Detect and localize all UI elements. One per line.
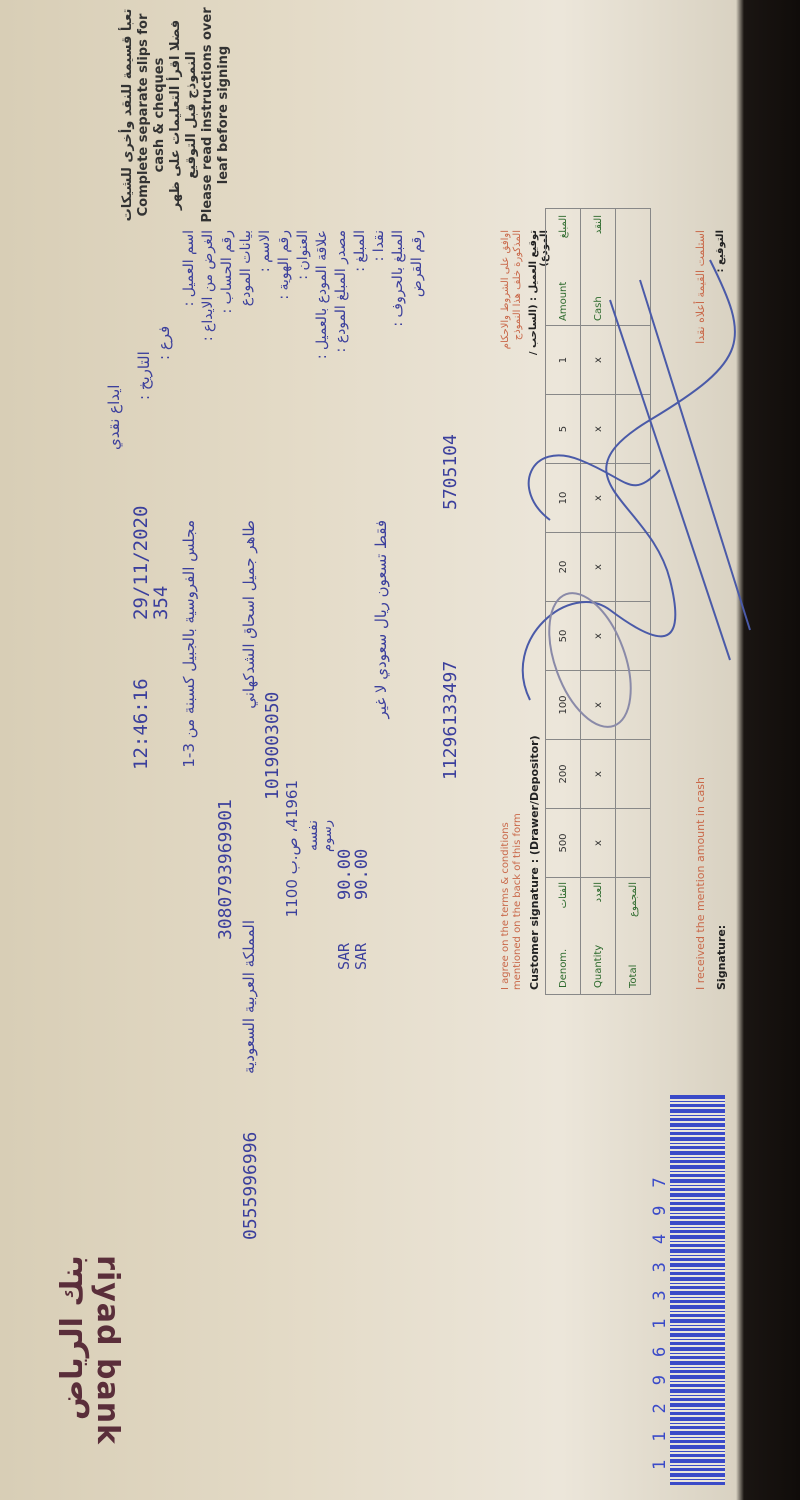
slip-date: 29/11/2020: [130, 506, 152, 620]
quantity-label: Quantity العدد: [581, 878, 616, 995]
barcode-digits: 11296133497: [650, 1159, 670, 1470]
depositor-name: طاهر جميل اسحاق الشدكهاني: [240, 520, 258, 940]
label-address: العنوان :: [294, 230, 313, 460]
label-account-number: رقم الحساب :: [218, 230, 237, 460]
cash-value: 90.00: [352, 849, 372, 900]
amount-in-words: فقط تسعون ريال سعودي لا غير: [372, 520, 390, 1100]
label-id-number: رقم الهوية :: [275, 230, 294, 460]
quantity-cell[interactable]: x: [581, 740, 616, 809]
reference-number: 11296133497: [440, 661, 461, 780]
slip-title: ايداع نقدي: [105, 385, 123, 450]
loan-number: 5705104: [440, 434, 461, 510]
label-source: مصدر المبلغ المودع :: [332, 230, 351, 460]
bank-logo: بنك الرياض riyad bank: [55, 1255, 125, 1445]
account-number: 3080793969901: [215, 799, 236, 940]
field-labels: اسم العميل : الغرض من الايداع : رقم الحس…: [180, 230, 427, 460]
signature-label-en: Signature:: [715, 925, 728, 990]
label-amount: المبلغ :: [351, 230, 370, 460]
cash-currency: SAR: [352, 943, 370, 970]
denom-200: 200: [546, 740, 581, 809]
total-label: Total المجموع: [616, 878, 651, 995]
deposit-slip: بنك الرياض riyad bank 11296133497 ايداع …: [0, 0, 800, 1500]
label-name: الاسم :: [256, 230, 275, 460]
label-relation: علاقة المودع بالعميل :: [313, 230, 332, 460]
bank-name-ar: بنك الرياض: [55, 1255, 90, 1445]
denom-label: Denom. الفئات: [546, 878, 581, 995]
signature-loop-icon: [520, 580, 660, 740]
read-instructions-ar: فضلا اقرأ التعليمات على ظهر النموذج قبل …: [168, 0, 200, 230]
postal-info: 41961، ص.ب 1100: [283, 780, 301, 940]
barcode-icon: [670, 1095, 725, 1485]
fees-label: رسوم: [320, 820, 335, 900]
label-customer-name: اسم العميل :: [180, 230, 199, 460]
quantity-cell[interactable]: x: [581, 809, 616, 878]
separate-slips-ar: تعبأ قسيمة للنقد وأخرى للشيكات: [120, 0, 136, 230]
amount-currency: SAR: [335, 943, 353, 970]
bank-name-en: riyad bank: [90, 1255, 125, 1445]
customer-name: مجلس الفروسية بالجبيل كسبنة من 3-1: [180, 520, 198, 1140]
mobile-number: 0555996996: [240, 1132, 261, 1240]
terms-en-line2: mentioned on the back of this form: [512, 813, 524, 990]
id-number: 1019003050: [262, 692, 283, 800]
slip-branch: 354: [150, 586, 172, 620]
label-cash: نقدا :: [370, 230, 389, 460]
total-cell[interactable]: [616, 740, 651, 809]
branch-label: فرع :: [155, 326, 173, 360]
label-amount-words: المبلغ بالحروف :: [389, 230, 408, 460]
terms-en-line1: I agree on the terms & conditions: [500, 813, 512, 990]
received-statement-en: I received the mention amount in cash: [695, 777, 707, 990]
address-country: المملكة العربية السعودية: [240, 920, 258, 1120]
total-cell[interactable]: [616, 809, 651, 878]
terms-en: I agree on the terms & conditions mentio…: [500, 813, 524, 990]
read-instructions-en: Please read instructions over leaf befor…: [200, 0, 232, 230]
customer-signature-label-en: Customer signature : (Drawer/Depositor): [528, 735, 541, 990]
label-loan-number: رقم القرض: [408, 230, 427, 460]
separate-slips-en: Complete separate slips for cash & chequ…: [136, 0, 168, 230]
denom-500: 500: [546, 809, 581, 878]
label-purpose: الغرض من الايداع :: [199, 230, 218, 460]
instructions-note: تعبأ قسيمة للنقد وأخرى للشيكات Complete …: [120, 0, 232, 230]
relation-value: نفسه: [305, 820, 321, 900]
slip-time: 12:46:16: [130, 678, 152, 770]
label-depositor-info: بيانات المودع: [237, 230, 256, 460]
date-label: التاريخ :: [135, 351, 153, 400]
